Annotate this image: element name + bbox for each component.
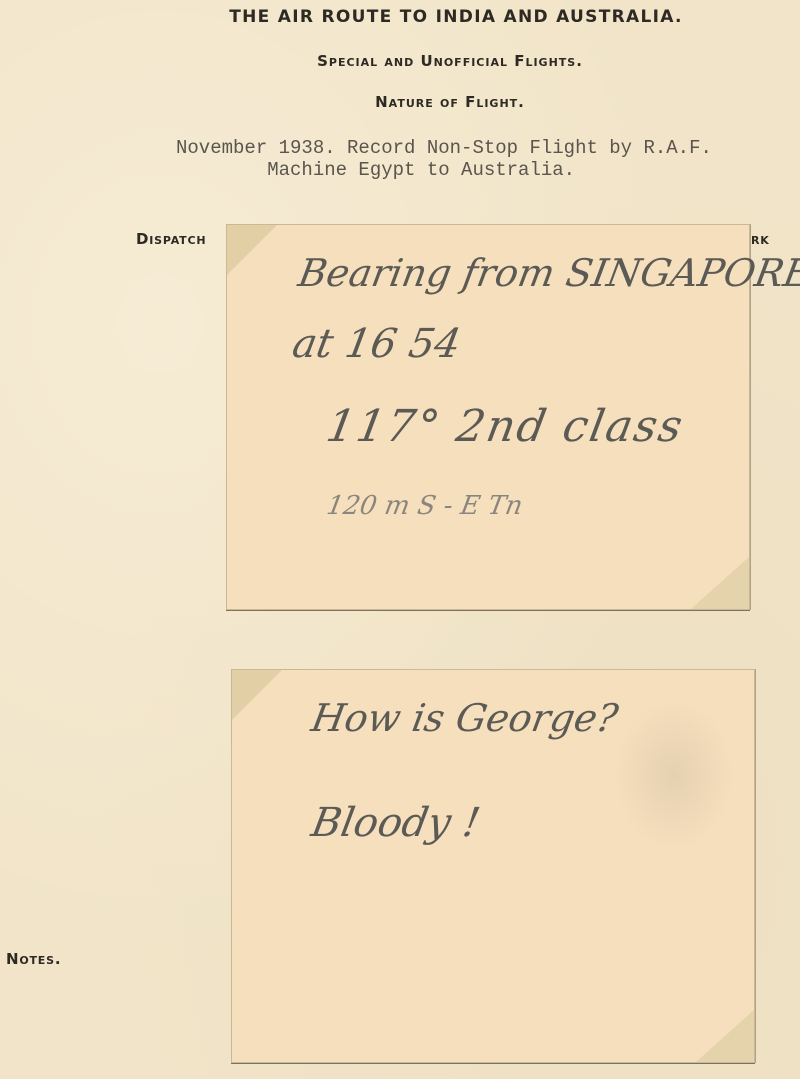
handwritten-line: Bearing from SINGAPORE — [295, 251, 800, 295]
page-title: THE AIR ROUTE TO INDIA AND AUSTRALIA. — [229, 7, 682, 27]
dispatch-label: Dispatch — [136, 230, 206, 248]
message-card-1: Bearing from SINGAPORE at 16 54 117° 2nd… — [226, 224, 750, 610]
photo-corner-mount — [232, 670, 282, 720]
page-title-container: THE AIR ROUTE TO INDIA AND AUSTRALIA. — [196, 7, 716, 27]
handwritten-line: 117° 2nd class — [323, 401, 689, 452]
photo-corner-mount — [696, 1010, 754, 1062]
stain — [614, 700, 734, 850]
page-subtitle: Special and Unofficial Flights. — [0, 52, 800, 70]
photo-corner-mount — [227, 225, 277, 275]
flight-description-line-2: Machine Egypt to Australia. — [176, 159, 575, 181]
handwritten-line: Bloody ! — [308, 800, 483, 846]
photo-corner-mount — [691, 557, 749, 609]
flight-description-line-1: November 1938. Record Non-Stop Flight by… — [176, 137, 712, 159]
handwritten-line: How is George? — [308, 696, 621, 740]
handwritten-line: 120 m S - E Tn — [324, 491, 525, 521]
flight-description: November 1938. Record Non-Stop Flight by… — [176, 137, 796, 181]
handwritten-line: at 16 54 — [289, 321, 464, 367]
postmark-label-fragment: rk — [751, 230, 770, 248]
message-card-2: How is George? Bloody ! — [231, 669, 755, 1063]
notes-label: Notes. — [6, 950, 61, 968]
section-heading: Nature of Flight. — [0, 93, 800, 111]
